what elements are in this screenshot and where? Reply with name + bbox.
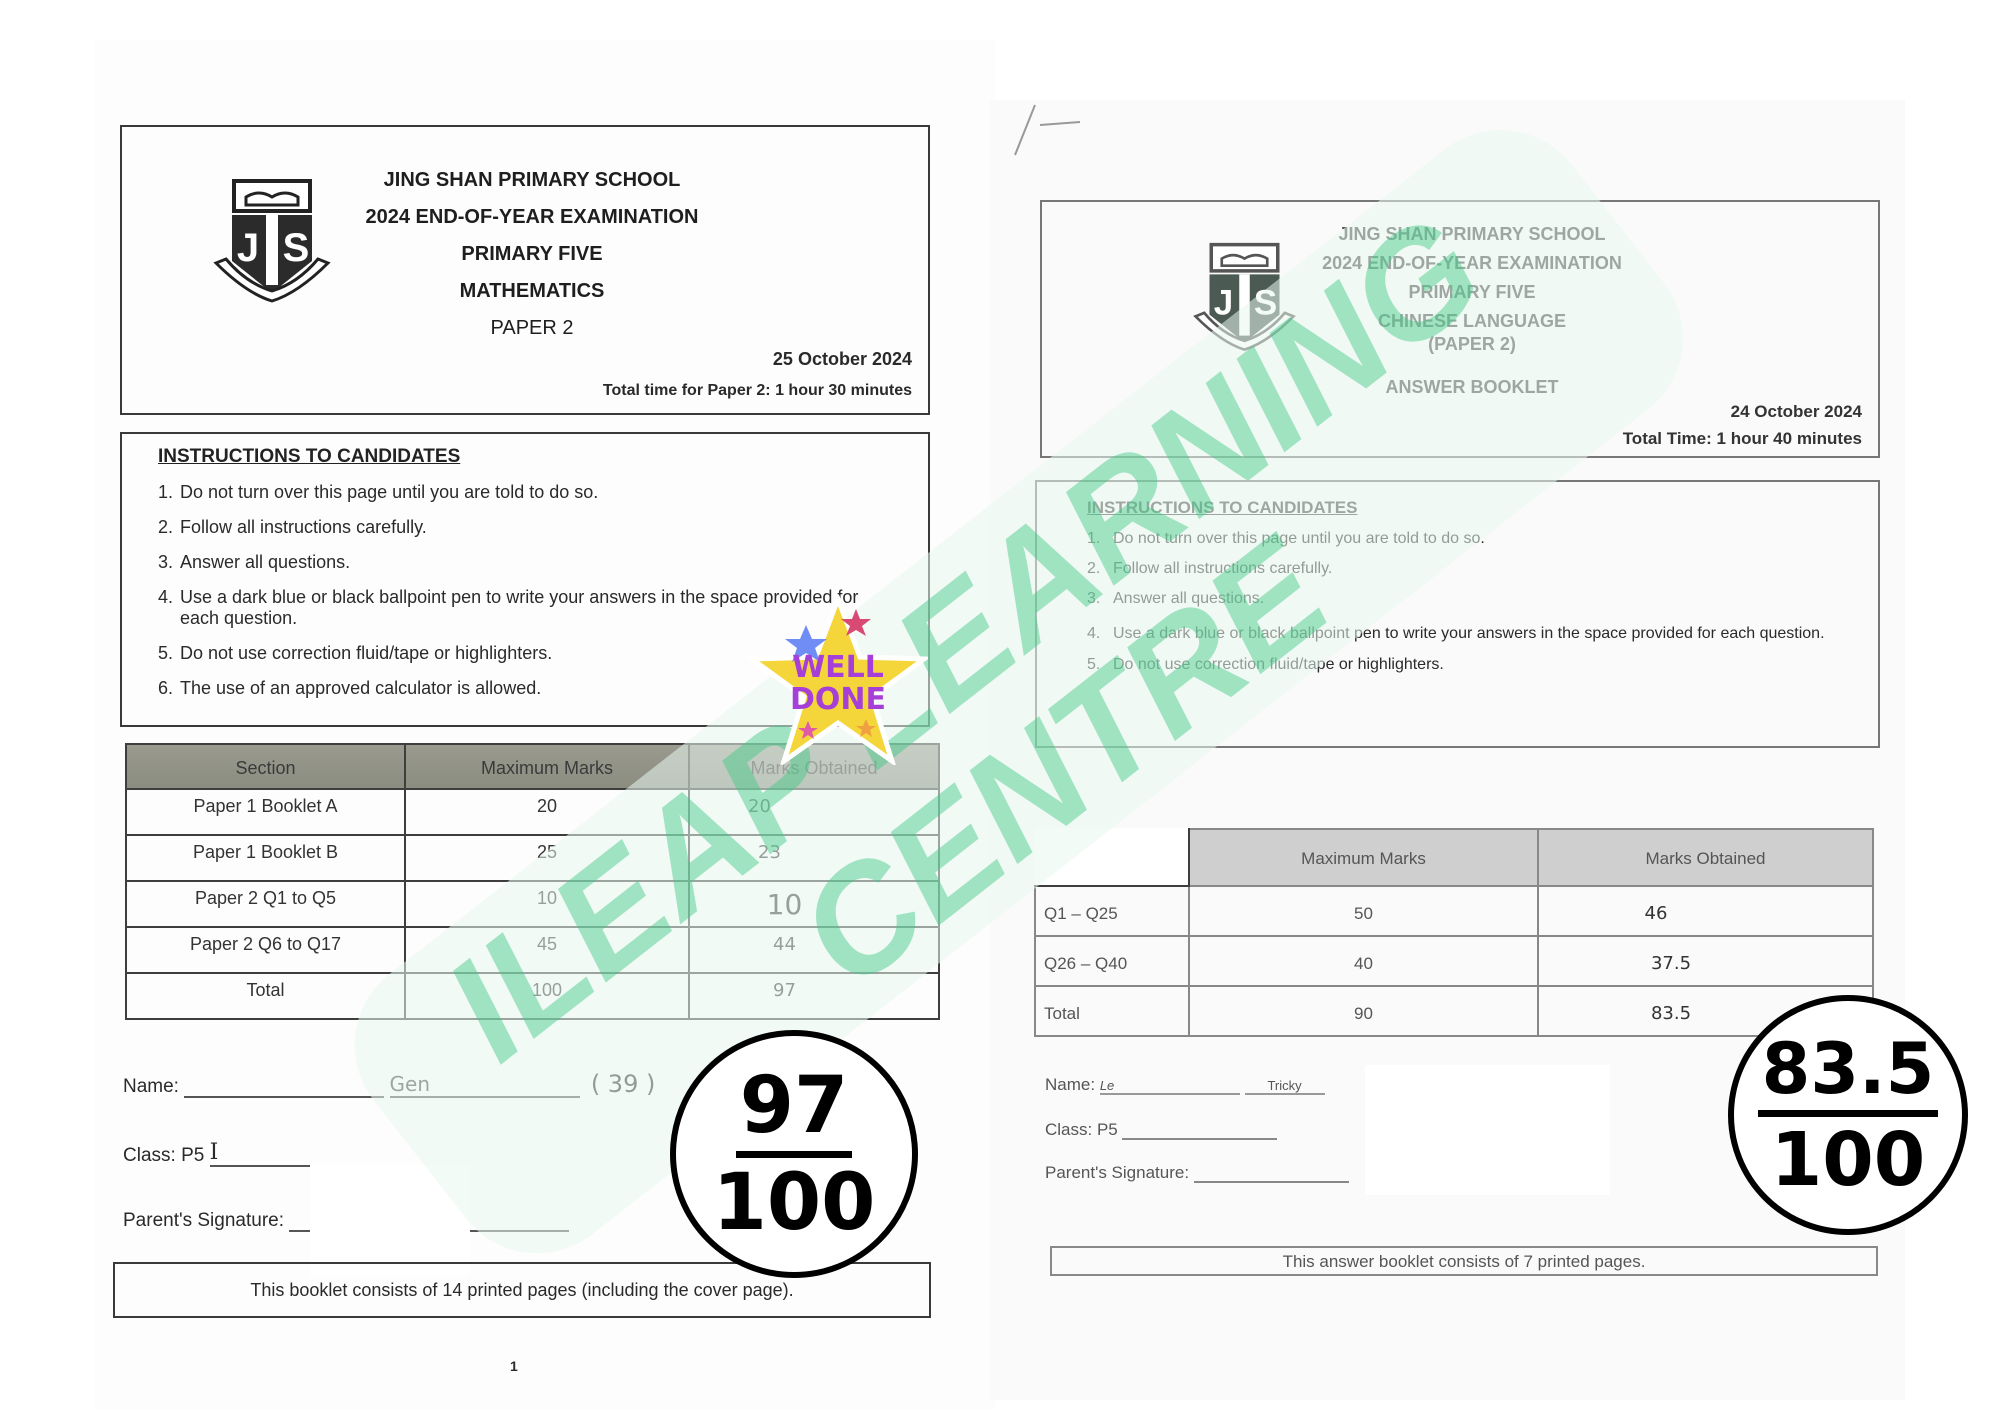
table-row: Total 100 97: [126, 973, 939, 1019]
math-header-box: J S JING SHAN PRIMARY SCHOOL 2024 END-OF…: [120, 125, 930, 415]
instructions-title: INSTRUCTIONS TO CANDIDATES: [1087, 498, 1828, 518]
instruction-item: 1.Do not turn over this page until you a…: [1087, 530, 1828, 548]
name-value-part1: Le: [1100, 1078, 1240, 1095]
table-header-row: Maximum Marks Marks Obtained: [1035, 829, 1873, 886]
sticker-line-1: WELL: [792, 650, 884, 685]
math-score-total: 100: [713, 1164, 876, 1242]
chinese-score-badge: 83.5 100: [1728, 995, 1968, 1235]
svg-text:J: J: [237, 226, 259, 270]
cell-obtained: 97: [689, 973, 939, 1019]
cell-section: Paper 2 Q1 to Q5: [126, 881, 405, 927]
table-row: Paper 1 Booklet B 25 23: [126, 835, 939, 881]
signature-label: Parent's Signature:: [123, 1210, 284, 1231]
cell-section: Paper 1 Booklet A: [126, 789, 405, 835]
cell-obtained: 23: [689, 835, 939, 881]
class-field[interactable]: Class: P5: [1045, 1120, 1277, 1140]
instructions-title: INSTRUCTIONS TO CANDIDATES: [158, 446, 892, 468]
col-header-obtained: Marks Obtained: [1538, 829, 1873, 886]
cell-section: Paper 1 Booklet B: [126, 835, 405, 881]
class-value: I: [210, 1140, 440, 1167]
col-header-section: [1035, 829, 1189, 886]
exam-name: 2024 END-OF-YEAR EXAMINATION: [1302, 253, 1642, 274]
school-name: JING SHAN PRIMARY SCHOOL: [1302, 224, 1642, 245]
table-row: Q1 – Q25 50 46: [1035, 886, 1873, 936]
instruction-item: 4.Use a dark blue or black ballpoint pen…: [1087, 620, 1828, 648]
math-score-badge: 97 100: [670, 1030, 918, 1278]
level: PRIMARY FIVE: [1302, 282, 1642, 303]
chinese-marks-table: Maximum Marks Marks Obtained Q1 – Q25 50…: [1034, 828, 1874, 1037]
cell-section: Q1 – Q25: [1035, 886, 1189, 936]
cell-section: Total: [1035, 986, 1189, 1036]
level: PRIMARY FIVE: [352, 243, 712, 266]
chinese-score-obtained: 83.5: [1758, 1034, 1939, 1117]
cell-obtained: 10: [689, 881, 939, 927]
cell-max: 90: [1189, 986, 1538, 1036]
school-crest-icon: J S: [1192, 238, 1297, 358]
cell-max: 10: [405, 881, 689, 927]
svg-text:S: S: [283, 226, 310, 270]
cell-obtained: 46: [1538, 886, 1873, 936]
class-label: Class: P5: [123, 1145, 204, 1166]
cell-max: 20: [405, 789, 689, 835]
name-label: Name:: [123, 1076, 179, 1097]
exam-date: 24 October 2024: [1731, 402, 1862, 422]
class-field[interactable]: Class: P5 I: [123, 1140, 440, 1167]
cell-max: 100: [405, 973, 689, 1019]
table-row: Paper 2 Q1 to Q5 10 10: [126, 881, 939, 927]
signature-label: Parent's Signature:: [1045, 1163, 1189, 1182]
redaction-block: [310, 1165, 470, 1275]
table-row: Paper 1 Booklet A 20 20: [126, 789, 939, 835]
instruction-item: 5.Do not use correction fluid/tape or hi…: [1087, 656, 1828, 674]
math-score-obtained: 97: [736, 1067, 853, 1158]
instruction-item: 2.Follow all instructions carefully.: [158, 517, 892, 538]
cell-max: 50: [1189, 886, 1538, 936]
paper-number: PAPER 2: [352, 317, 712, 340]
cell-obtained: 44: [689, 927, 939, 973]
instruction-item: 3.Answer all questions.: [1087, 590, 1828, 608]
cell-obtained: 37.5: [1538, 936, 1873, 986]
math-title-block: JING SHAN PRIMARY SCHOOL 2024 END-OF-YEA…: [352, 169, 712, 340]
cell-max: 45: [405, 927, 689, 973]
table-row: Q26 – Q40 40 37.5: [1035, 936, 1873, 986]
class-label: Class: P5: [1045, 1120, 1118, 1139]
col-header-max: Maximum Marks: [1189, 829, 1538, 886]
parent-signature-field[interactable]: Parent's Signature:: [1045, 1163, 1349, 1183]
redaction-block: [1365, 1065, 1610, 1195]
page-number: 1: [510, 1358, 518, 1374]
svg-text:S: S: [1254, 284, 1277, 323]
name-label: Name:: [1045, 1075, 1095, 1094]
instruction-item: 3.Answer all questions.: [158, 552, 892, 573]
name-field[interactable]: Name: Gen ( 39 ): [123, 1070, 655, 1098]
chinese-score-total: 100: [1771, 1123, 1925, 1197]
footer-note: This answer booklet consists of 7 printe…: [1283, 1252, 1646, 1271]
school-crest-icon: J S: [212, 177, 332, 307]
exam-date: 25 October 2024: [773, 349, 912, 370]
chinese-header-box: J S JING SHAN PRIMARY SCHOOL 2024 END-OF…: [1040, 200, 1880, 458]
well-done-star-sticker: WELL DONE: [748, 595, 928, 765]
math-marks-table: Section Maximum Marks Marks Obtained Pap…: [125, 743, 940, 1020]
exam-duration: Total time for Paper 2: 1 hour 30 minute…: [603, 382, 912, 400]
col-header-max: Maximum Marks: [405, 744, 689, 789]
chinese-instructions-box: INSTRUCTIONS TO CANDIDATES 1.Do not turn…: [1035, 480, 1880, 748]
cell-section: Total: [126, 973, 405, 1019]
sticker-line-2: DONE: [790, 682, 886, 717]
cell-obtained: 20: [689, 789, 939, 835]
name-value: Gen: [390, 1072, 580, 1098]
chinese-footer-note-box: This answer booklet consists of 7 printe…: [1050, 1246, 1878, 1276]
name-value-part2: Tricky: [1245, 1078, 1325, 1095]
col-header-section: Section: [126, 744, 405, 789]
instruction-item: 2.Follow all instructions carefully.: [1087, 560, 1828, 578]
cell-max: 25: [405, 835, 689, 881]
table-row: Total 90 83.5: [1035, 986, 1873, 1036]
instructions-list: 1.Do not turn over this page until you a…: [1087, 530, 1828, 674]
footer-note: This booklet consists of 14 printed page…: [250, 1280, 793, 1300]
instruction-item: 1.Do not turn over this page until you a…: [158, 482, 892, 503]
cell-section: Paper 2 Q6 to Q17: [126, 927, 405, 973]
pen-mark-icon: [1005, 100, 1085, 160]
exam-duration: Total Time: 1 hour 40 minutes: [1623, 429, 1862, 449]
svg-text:J: J: [1214, 284, 1233, 323]
school-name: JING SHAN PRIMARY SCHOOL: [352, 169, 712, 192]
cell-max: 40: [1189, 936, 1538, 986]
exam-name: 2024 END-OF-YEAR EXAMINATION: [352, 206, 712, 229]
paper-number: (PAPER 2): [1302, 334, 1642, 355]
register-number: ( 39 ): [591, 1070, 656, 1098]
chinese-title-block: JING SHAN PRIMARY SCHOOL 2024 END-OF-YEA…: [1302, 224, 1642, 398]
subject: CHINESE LANGUAGE: [1302, 311, 1642, 332]
booklet-type: ANSWER BOOKLET: [1302, 377, 1642, 398]
table-row: Paper 2 Q6 to Q17 45 44: [126, 927, 939, 973]
subject: MATHEMATICS: [352, 280, 712, 303]
cell-section: Q26 – Q40: [1035, 936, 1189, 986]
